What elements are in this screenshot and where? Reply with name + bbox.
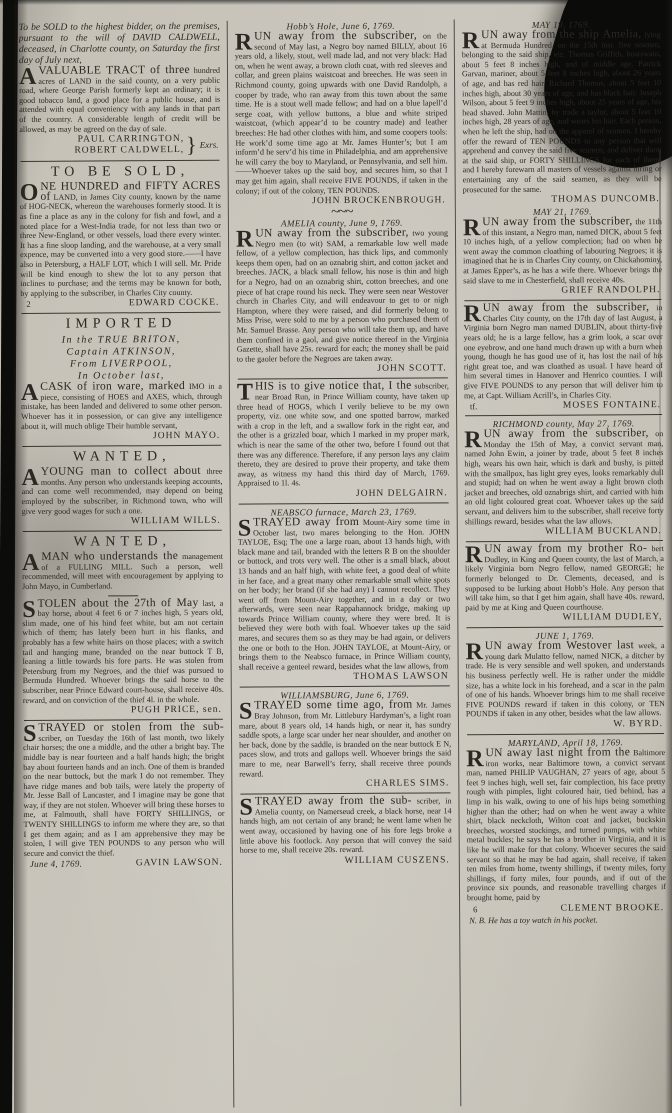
signature: GRIEF RANDOLPH. [561, 285, 660, 296]
drop-cap: O [20, 183, 41, 202]
ad-heading: TO BE SOLD, [20, 164, 221, 181]
newspaper-photo: To be SOLD to the highest bidder, on the… [0, 0, 672, 1113]
drop-cap: R [464, 430, 483, 449]
ad-body: RUN away from the subscriber, on Monday … [464, 429, 664, 526]
ad-body: RUN away from the ship Amelia, lying at … [462, 30, 662, 194]
ad-heading: WANTED, [22, 534, 223, 551]
ad-body: STRAYED or stolen from the sub- scriber,… [23, 723, 225, 859]
ad-body: ONE HUNDRED and FIFTY ACRES of LAND, in … [20, 182, 222, 298]
ad-heading: From LIVERPOOL, [21, 358, 222, 370]
signature: WILLIAM DUDLEY, [563, 612, 663, 623]
ad-text: week, a young dark Mulatto fellow, named… [466, 641, 665, 718]
page-mark: 6 [473, 904, 477, 914]
drop-cap: S [239, 798, 254, 817]
drop-cap: A [22, 553, 41, 572]
signature-row: JOHN DELGAIRN. [244, 488, 448, 499]
drop-cap: R [463, 304, 482, 323]
signature: WILLIAM WILLS. [131, 516, 221, 527]
signature: THOMAS LAWSON [353, 672, 448, 683]
ad-runaway-sam-and-jack: AMELIA county, June 9, 1769.RUN away fro… [236, 217, 449, 375]
ad-body: AMAN who understands the management of a… [22, 552, 223, 592]
ad-separator-rule [466, 626, 663, 628]
column-left: To be SOLD to the highest bidder, on the… [19, 21, 234, 1109]
ad-columns: To be SOLD to the highest bidder, on the… [19, 18, 668, 1109]
signature-row: WILLIAM CUSZENS. [246, 855, 450, 866]
ad-strayed-black-horse: STRAYED away from the sub- scriber, in A… [239, 793, 451, 867]
signature-suffix: Exrs. [200, 140, 219, 150]
ad-heading: WANTED, [21, 449, 222, 466]
ad-hogs-taken-up-notice: THIS is to give notice that, I the subsc… [237, 378, 450, 500]
ad-text: hundred acres of LAND in the said county… [19, 66, 220, 134]
signature: JOHN SCOTT. [377, 364, 446, 374]
ad-separator-rule [465, 414, 662, 416]
ad-strayed-chair-horses: STRAYED or stolen from the sub- scriber,… [23, 719, 225, 870]
ad-text: the 11th of this instant, a Negro man, n… [463, 217, 662, 285]
signature-row: THOMAS DUNCOMB. [469, 194, 660, 205]
squiggle-ornament: ~~~ [236, 207, 448, 217]
drop-cap: R [236, 230, 255, 249]
ad-body: RUN away from the subscriber, two young … [236, 228, 449, 364]
drop-cap: R [465, 545, 484, 564]
ad-body: RUN away last night from the Baltimore i… [466, 748, 666, 903]
signature-row: W. BYRD. [472, 719, 663, 730]
signatory-name: PAUL CARRINGTON, [74, 134, 184, 146]
signatory-name: ROBERT CALDWELL, [74, 145, 184, 157]
ad-wanted-young-man: WANTED,AYOUNG man to collect about three… [21, 445, 222, 527]
page-mark: 2 [26, 299, 30, 309]
ad-date: June 4, 1769. [30, 859, 82, 869]
ad-caldwell-land-sale: To be SOLD to the highest bidder, on the… [19, 21, 221, 157]
ad-separator-rule [467, 733, 664, 735]
signature: CHARLES SIMS. [366, 779, 449, 790]
ad-heading: Captain ATKINSON, [21, 346, 222, 358]
signature-row: WILLIAM BUCKLAND. [471, 526, 662, 537]
ad-body: STOLEN about the 27th of May last, a bay… [22, 598, 224, 705]
ad-runaway-george: RUN away from my brother Ro- bert Dudley… [465, 540, 664, 623]
ad-heading: In the TRUE BRITON, [21, 334, 222, 346]
signature-row: JOHN MAYO. [27, 431, 220, 442]
brace-glyph: } [186, 135, 198, 155]
ad-body: RUN away from the subscriber, in Charles… [463, 303, 663, 400]
ad-separator-rule [23, 530, 222, 532]
signature: MOSES FONTAINE. [563, 400, 661, 411]
ad-wanted-fulling-mill-man: WANTED,AMAN who understands the manageme… [22, 530, 223, 592]
ad-body: RUN away from the subscriber, the 11th o… [463, 217, 662, 285]
ad-body: AVALUABLE TRACT of three hundred acres o… [19, 66, 220, 134]
ad-postscript: N. B. He has a toy watch in his pocket. [469, 915, 666, 925]
column-middle: Hobb’s Hole, June 6, 1769.RUN away from … [227, 19, 462, 1107]
ad-runaway-philip-vaughan: MARYLAND, April 18, 1769.RUN away last n… [466, 733, 666, 925]
signature: CLEMENT BROOKE. [561, 903, 665, 914]
ad-separator-rule [239, 502, 449, 504]
ad-runaway-dick: MAY 21, 1769.RUN away from the subscribe… [463, 206, 663, 296]
drop-cap: R [466, 749, 485, 768]
ad-body: THIS is to give notice that, I the subsc… [237, 382, 450, 489]
ad-strayed-roan-mare: WILLIAMSBURG, June 6, 1769.STRAYED some … [239, 686, 452, 790]
drop-cap: S [22, 599, 37, 618]
signature: GAVIN LAWSON. [136, 858, 223, 869]
ad-separator-rule [240, 686, 450, 688]
ad-body: AYOUNG man to collect about three months… [21, 467, 222, 516]
ad-separator-rule [21, 160, 220, 162]
ad-stolen-bay-horse: STOLEN about the 27th of May last, a bay… [22, 594, 224, 716]
drop-cap: S [239, 702, 254, 721]
ad-text: Baltimore iron works, near Baltimore tow… [466, 748, 666, 902]
signature: WILLIAM CUSZENS. [345, 855, 450, 866]
ad-body: RUN away from Westover last week, a youn… [465, 641, 664, 719]
ad-text: LAND, in James City county, known by the… [20, 191, 222, 297]
ad-body: ACASK of iron ware, marked IMO in a piec… [21, 382, 222, 431]
drop-cap: A [19, 67, 38, 86]
signature: JOHN DELGAIRN. [356, 488, 448, 499]
drop-cap: R [462, 31, 481, 50]
drop-cap: R [463, 218, 482, 237]
signature: PUGH PRICE, sen. [131, 705, 222, 716]
drop-cap: R [235, 33, 254, 52]
signature-row: JOHN SCOTT. [243, 364, 447, 375]
ad-imported-iron-ware: IMPORTEDIn the TRUE BRITON,Captain ATKIN… [20, 312, 222, 442]
ad-runaway-dublin: RUN away from the subscriber, in Charles… [463, 299, 663, 411]
ad-heading: IMPORTED [20, 316, 221, 333]
ad-body: STRAYED away from the sub- scriber, in A… [239, 797, 451, 856]
signature-row: WILLIAM WILLS. [28, 516, 221, 527]
drop-cap: S [238, 518, 253, 537]
ad-text: last, a bay horse, about 4 feet 6 or 7 i… [22, 598, 223, 704]
drop-cap: A [21, 468, 40, 487]
ad-text: on Monday the 15th of May, a convict ser… [464, 429, 663, 526]
signature-row: PAUL CARRINGTON,ROBERT CALDWELL,}Exrs. [25, 134, 218, 157]
drop-cap: A [21, 383, 40, 402]
ad-hog-neck-land: TO BE SOLD,ONE HUNDRED and FIFTY ACRES o… [20, 160, 222, 309]
ad-text: bert Dudley, in King and Queen county, t… [465, 544, 664, 612]
ad-text: Mount-Airy some time in October last, tw… [238, 517, 451, 671]
signature-row: CHARLES SIMS. [245, 779, 449, 790]
ad-runaway-john-ewin: RICHMOND county, May 27, 1769.RUN away f… [464, 414, 664, 537]
column-right: MAY 19, 1769.RUN away from the ship Amel… [455, 18, 668, 1106]
drop-cap: R [465, 642, 484, 661]
executors-signature: PAUL CARRINGTON,ROBERT CALDWELL,}Exrs. [74, 134, 218, 157]
ad-separator-rule [22, 445, 221, 447]
signature: JOHN MAYO. [153, 431, 220, 441]
ad-text: subscriber, near Broad Run, in Prince Wi… [237, 382, 449, 488]
signature-row: 6CLEMENT BROOKE. [473, 903, 664, 914]
signature-row: 2EDWARD COCKE. [26, 298, 219, 309]
ad-body: STRAYED away from Mount-Airy some time i… [238, 517, 451, 672]
ad-body: RUN away from my brother Ro- bert Dudley… [465, 544, 664, 612]
signature-row: WILLIAM DUDLEY, [471, 612, 662, 623]
drop-cap: S [23, 724, 38, 743]
ad-text: Mr. James Bray Johnson, from Mr. Littleb… [239, 701, 451, 778]
ad-body: STRAYED some time ago, from Mr. James Br… [239, 701, 451, 779]
ad-text: on the second of May last, a Negro boy n… [235, 31, 448, 195]
signature-row: GRIEF RANDOLPH. [469, 285, 660, 296]
ad-separator-mark [108, 595, 138, 596]
signatory-names: PAUL CARRINGTON,ROBERT CALDWELL, [74, 134, 184, 157]
ad-runaway-billy: Hobb’s Hole, June 6, 1769.RUN away from … [235, 20, 448, 217]
signature-row: PUGH PRICE, sen. [29, 705, 222, 716]
ad-text: in Charles City county, on the 17th day … [464, 303, 663, 400]
ad-ship-amelia-seamen: MAY 19, 1769.RUN away from the ship Amel… [462, 19, 662, 205]
signature: W. BYRD. [613, 719, 663, 729]
signature: WILLIAM BUCKLAND. [545, 526, 662, 537]
page-mark: tf. [470, 401, 477, 411]
signature: THOMAS DUNCOMB. [551, 194, 659, 205]
ad-tayloe-strayed-mares: NEABSCO furnace, March 23, 1769.STRAYED … [238, 502, 451, 683]
signature-row: June 4, 1769.GAVIN LAWSON. [30, 858, 223, 869]
ad-preamble: To be SOLD to the highest bidder, on the… [19, 21, 220, 66]
ad-runaway-nick: JUNE 1, 1769.RUN away from Westover last… [465, 626, 665, 730]
drop-cap: T [237, 383, 255, 402]
ad-body: RUN away from the subscriber, on the sec… [235, 31, 448, 195]
ad-separator-rule [21, 312, 220, 314]
signature-row: tf.MOSES FONTAINE. [470, 400, 661, 411]
signature-row: THOMAS LAWSON [245, 672, 449, 683]
signature: EDWARD COCKE. [129, 298, 220, 309]
ad-text: lying at Bermuda Hundred, on the 15th in… [462, 30, 662, 194]
ad-text: two young Negro men (to wit) SAM, a rema… [236, 228, 449, 363]
ad-text: scriber, on Tuesday the 16th of last mon… [23, 732, 225, 857]
